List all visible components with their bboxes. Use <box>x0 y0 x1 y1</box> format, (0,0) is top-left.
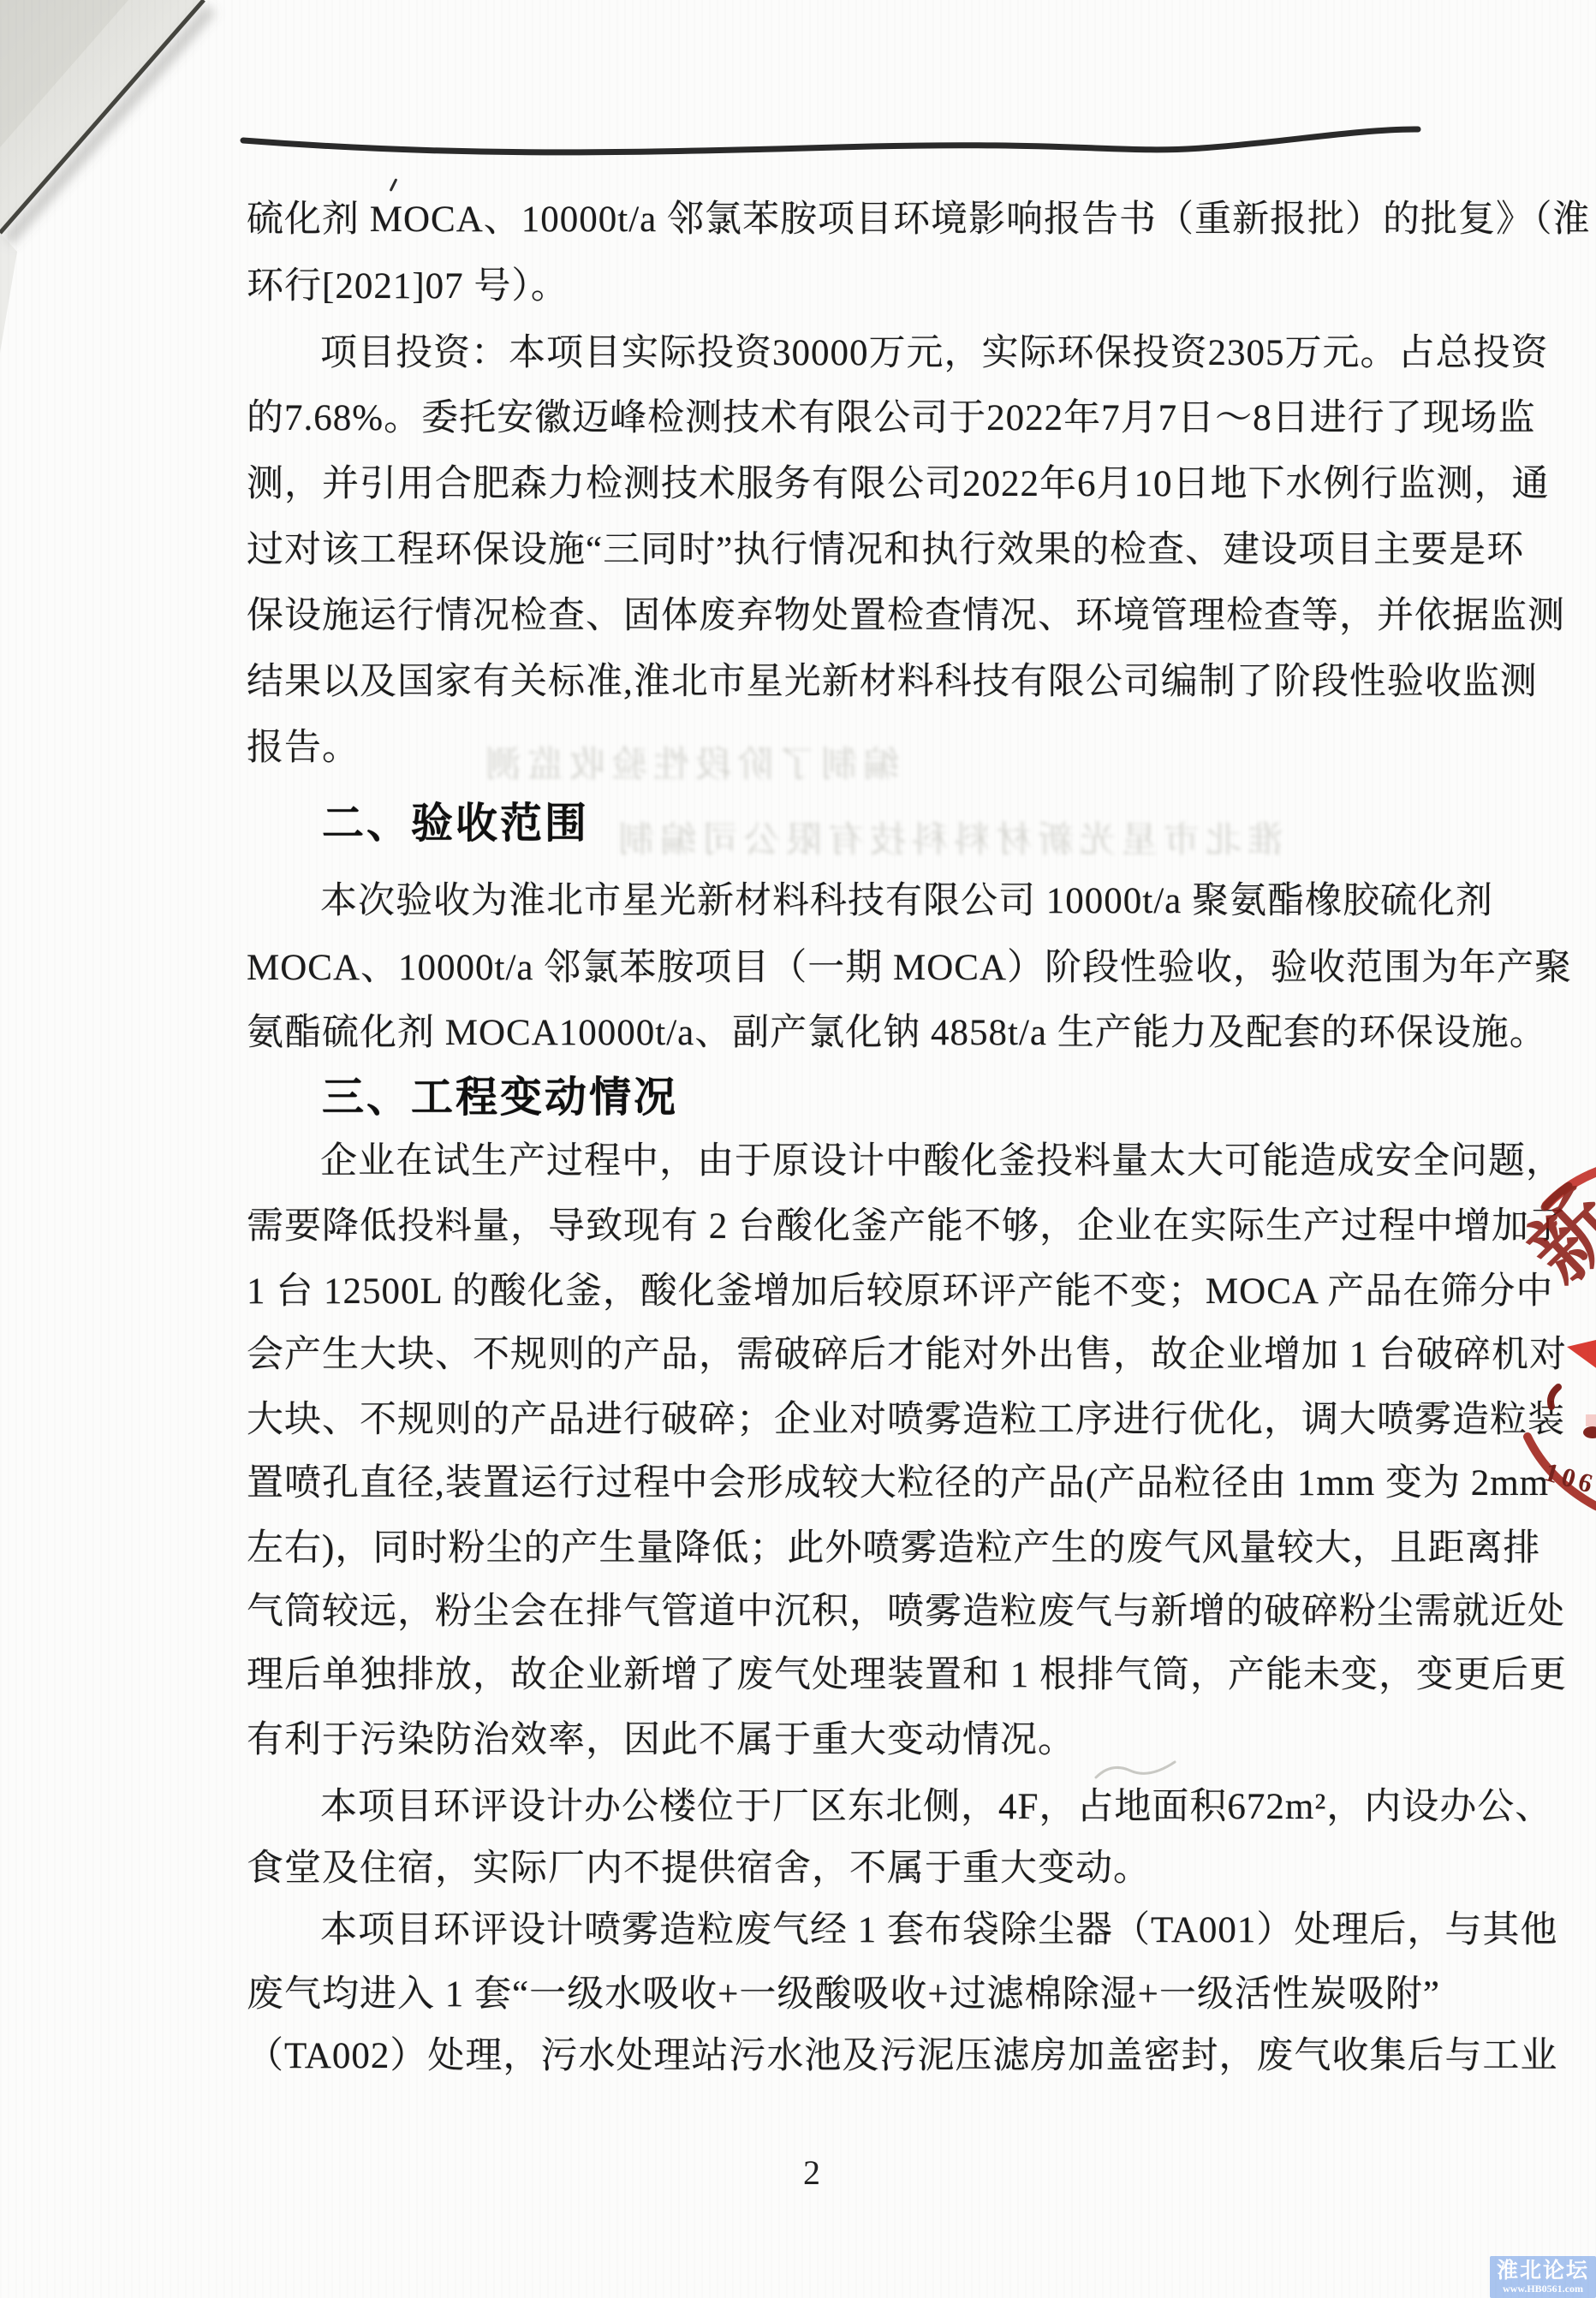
doc-line: 硫化剂 MOCA、10000t/a 邻氯苯胺项目环境影响报告书（重新报批）的批复… <box>247 199 1591 241</box>
doc-line: 左右)，同时粉尘的产生量降低；此外喷雾造粒产生的废气风量较大，且距离排 <box>247 1527 1540 1569</box>
doc-line: （TA002）处理，污水处理站污水池及污泥压滤房加盖密封，废气收集后与工业 <box>247 2035 1557 2077</box>
bleedthrough-text: 编制了阶段性验收监测 <box>479 736 899 788</box>
seal-ink-smudge <box>1586 1414 1596 1426</box>
section-heading-project-changes: 三、工程变动情况 <box>322 1074 678 1122</box>
doc-line: 测，并引用合肥森力检测技术服务有限公司2022年6月10日地下水例行监测，通 <box>247 463 1550 505</box>
doc-line: 1 台 12500L 的酸化釜，酸化釜增加后较原环评产能不变；MOCA 产品在筛… <box>247 1271 1553 1313</box>
doc-line: 报告。 <box>247 727 360 769</box>
doc-line: 本次验收为淮北市星光新材料科技有限公司 10000t/a 聚氨酯橡胶硫化剂 <box>320 880 1493 922</box>
scan-speck <box>390 178 398 192</box>
seal-character: 新 <box>1513 1176 1596 1300</box>
doc-line: 食堂及住宿，实际厂内不提供宿舍，不属于重大变动。 <box>247 1848 1151 1890</box>
doc-line: MOCA、10000t/a 邻氯苯胺项目（一期 MOCA）阶段性验收，验收范围为… <box>247 947 1572 989</box>
doc-line: 有利于污染防治效率，因此不属于重大变动情况。 <box>247 1719 1075 1761</box>
seal-serial-number: 1060 <box>1541 1456 1596 1504</box>
doc-line: 大块、不规则的产品进行破碎；企业对喷雾造粒工序进行优化，调大喷雾造粒装 <box>247 1399 1565 1441</box>
doc-line: 项目投资：本项目实际投资30000万元，实际环保投资2305万元。占总投资 <box>320 332 1549 374</box>
section-heading-acceptance-scope: 二、验收范围 <box>322 800 589 848</box>
page-corner-fold <box>0 0 274 368</box>
doc-line: 气筒较远，粉尘会在排气管道中沉积，喷雾造粒废气与新增的破碎粉尘需就近处 <box>247 1591 1565 1633</box>
bleedthrough-text: 淮北市星光新材料科技有限公司编制 <box>612 812 1283 863</box>
seal-ink-blob <box>1583 1426 1596 1438</box>
watermark-badge: 淮北论坛 www.HB0561.com <box>1490 2256 1596 2298</box>
doc-line: 保设施运行情况检查、固体废弃物处置检查情况、环境管理检查等，并依据监测 <box>247 595 1565 637</box>
doc-line: 会产生大块、不规则的产品，需破碎后才能对外出售，故企业增加 1 台破碎机对 <box>247 1334 1567 1376</box>
doc-line: 本项目环评设计喷雾造粒废气经 1 套布袋除尘器（TA001）处理后，与其他 <box>320 1909 1557 1951</box>
doc-line: 本项目环评设计办公楼位于厂区东北侧，4F，占地面积672m²，内设办公、 <box>320 1786 1552 1828</box>
doc-line: 氨酯硫化剂 MOCA10000t/a、副产氯化钠 4858t/a 生产能力及配套… <box>247 1012 1547 1054</box>
doc-line: 的7.68%。委托安徽迈峰检测技术有限公司于2022年7月7日～8日进行了现场监 <box>247 397 1536 439</box>
doc-line: 结果以及国家有关标准,淮北市星光新材料科技有限公司编制了阶段性验收监测 <box>247 661 1538 703</box>
page-number: 2 <box>803 2152 820 2193</box>
doc-line: 企业在试生产过程中，由于原设计中酸化釜投料量太大可能造成安全问题， <box>320 1140 1563 1182</box>
doc-line: 废气均进入 1 套“一级水吸收+一级酸吸收+过滤棉除湿+一级活性炭吸附” <box>247 1974 1440 2015</box>
doc-line: 环行[2021]07 号）。 <box>247 265 569 307</box>
doc-line: 过对该工程环保设施“三同时”执行情况和执行效果的检查、建设项目主要是环 <box>247 529 1524 571</box>
pencil-scribble <box>1094 1755 1180 1784</box>
doc-line: 理后单独排放，故企业新增了废气处理装置和 1 根排气筒，产能未变，变更后更 <box>247 1654 1567 1696</box>
watermark-title: 淮北论坛 <box>1497 2259 1589 2283</box>
watermark-url: www.HB0561.com <box>1503 2283 1583 2295</box>
seal-ink-mark <box>1551 1387 1558 1407</box>
doc-line: 需要降低投料量，导致现有 2 台酸化釜产能不够，企业在实际生产过程中增加了 <box>247 1206 1567 1247</box>
doc-line: 置喷孔直径,装置运行过程中会形成较大粒径的产品(产品粒径由 1mm 变为 2mm <box>247 1462 1549 1504</box>
red-seal-stamp: 新 1060 <box>1473 1139 1596 1550</box>
header-rule <box>238 118 1428 166</box>
scanned-document-page: 硫化剂 MOCA、10000t/a 邻氯苯胺项目环境影响报告书（重新报批）的批复… <box>0 0 1596 2298</box>
